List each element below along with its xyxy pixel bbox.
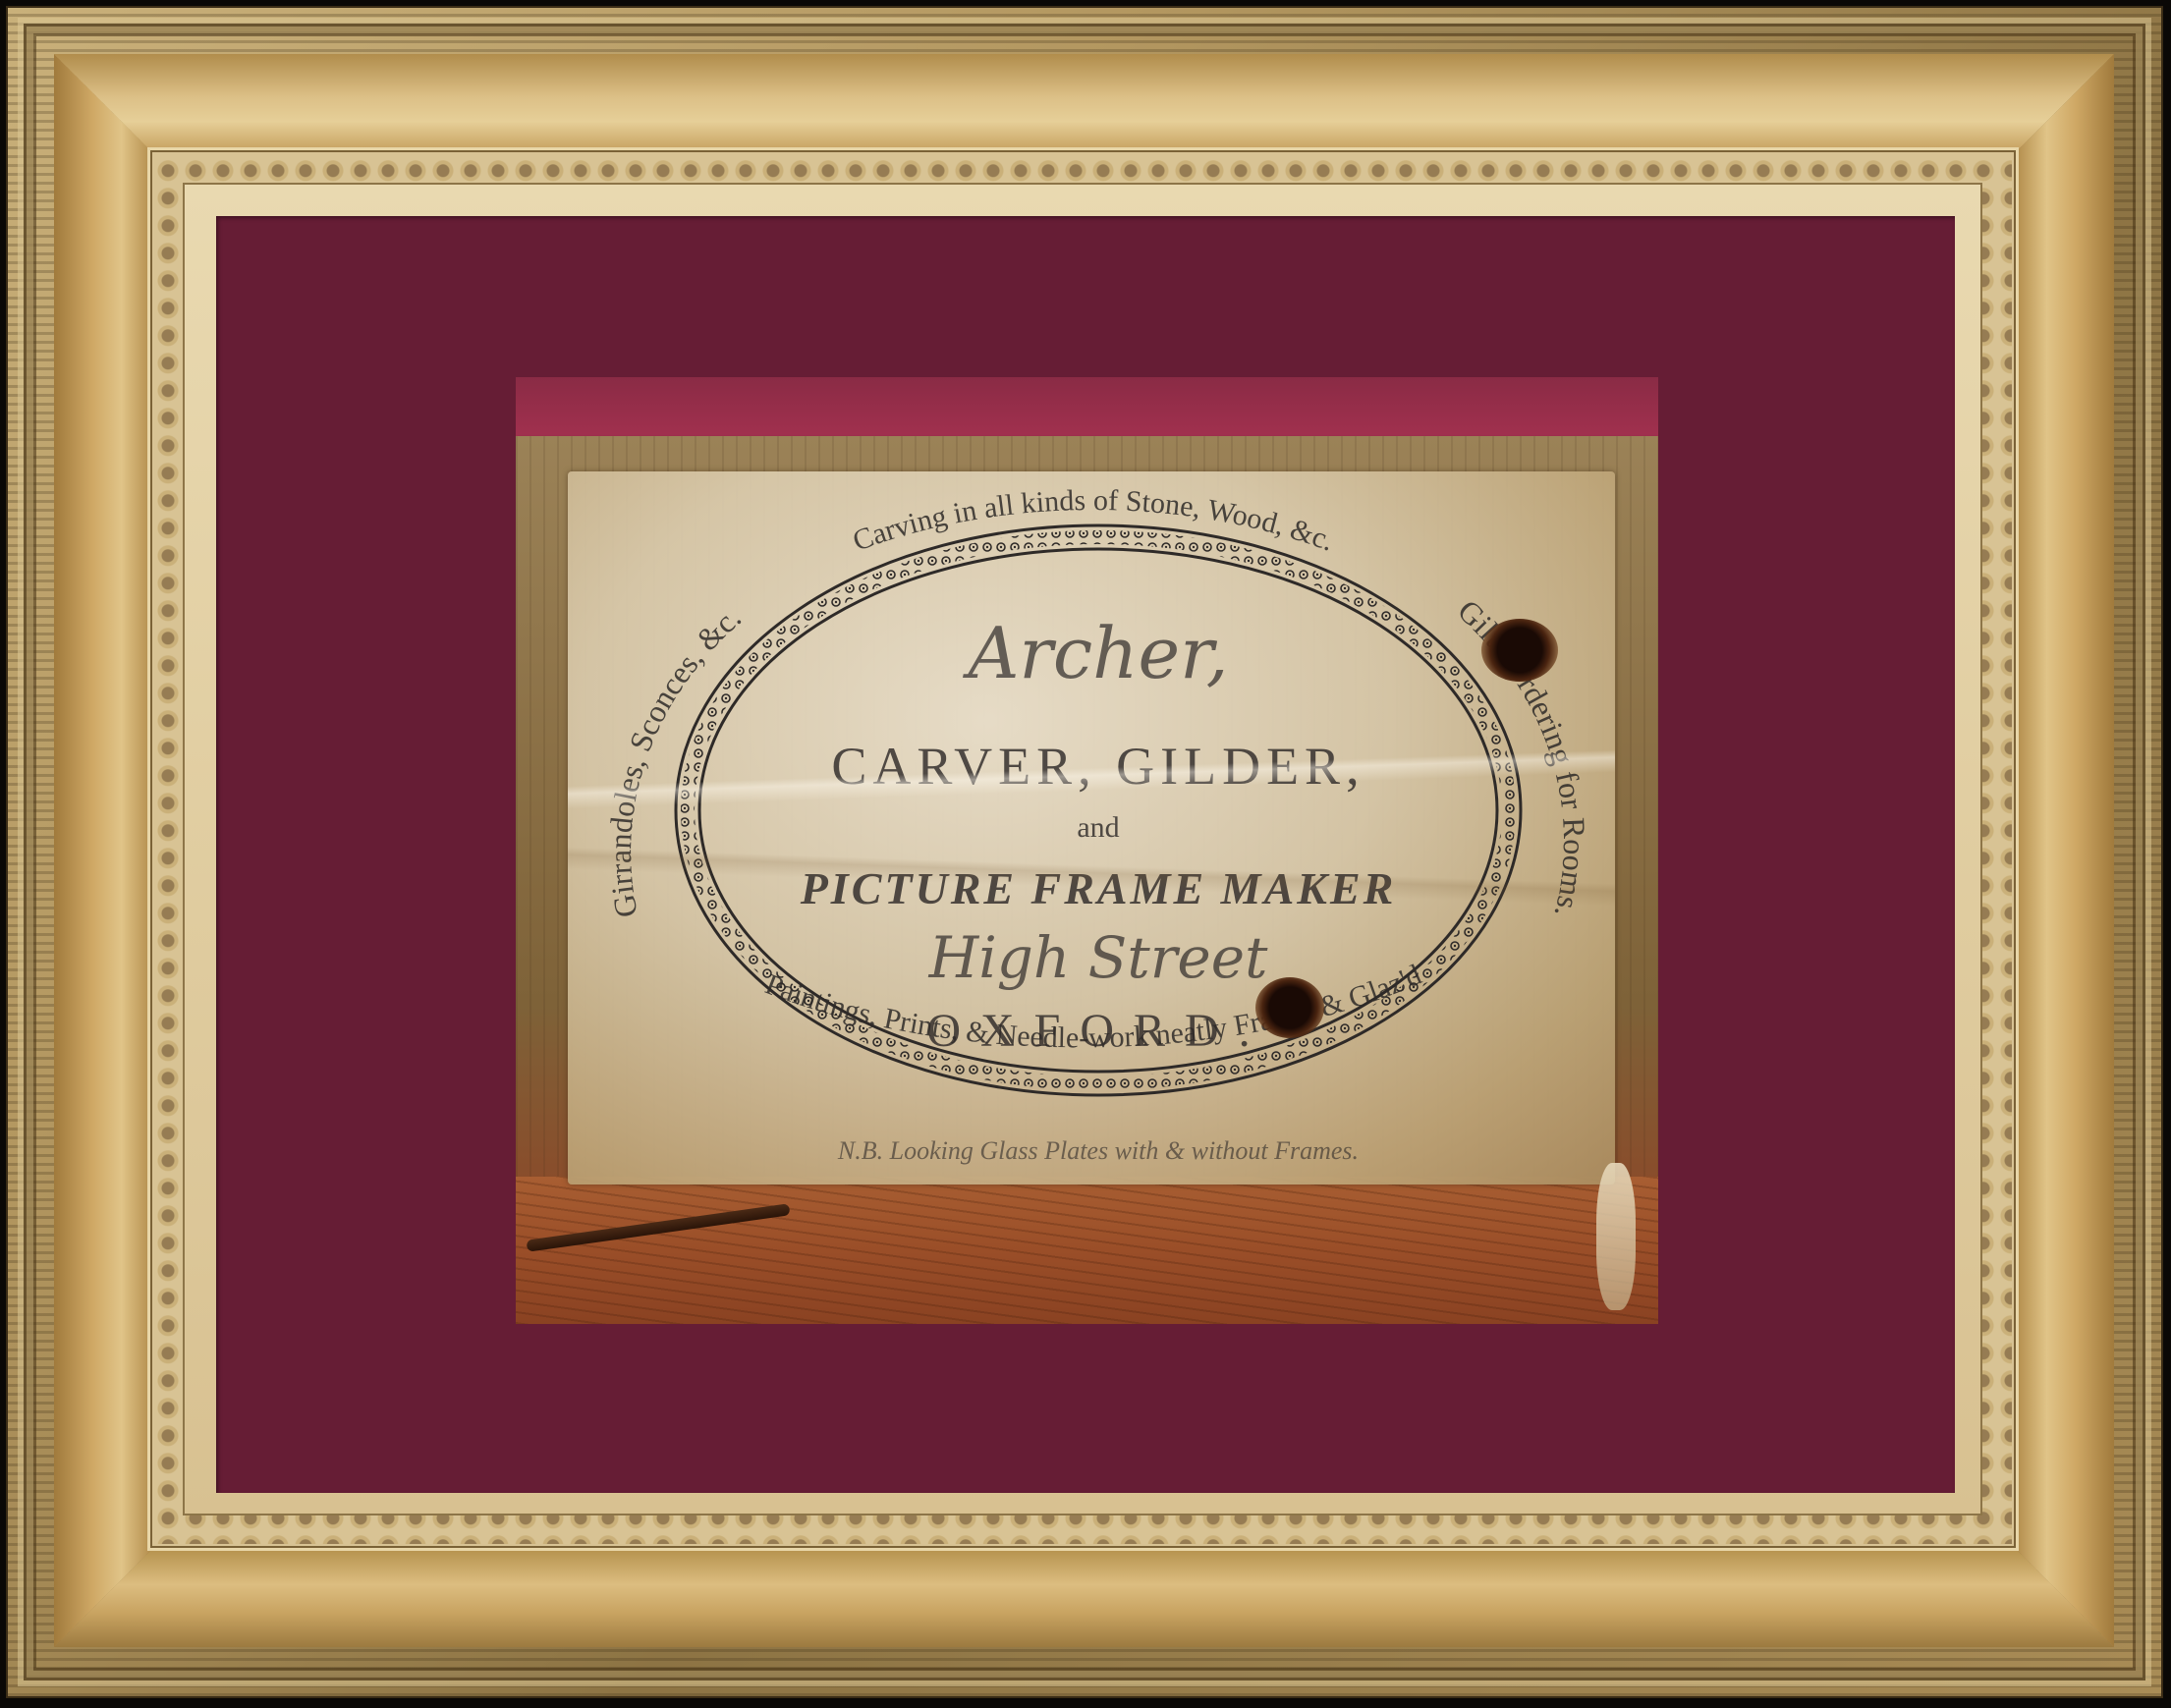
svg-text:Paintings, Prints, & Needle-wo: Paintings, Prints, & Needle-work neatly …	[761, 959, 1426, 1055]
frame-cove-left	[54, 54, 150, 1647]
footnote: N.B. Looking Glass Plates with & without…	[837, 1136, 1359, 1165]
arc-top-text: Carving in all kinds of Stone, Wood, &c.	[849, 484, 1339, 558]
paper-fragment	[1596, 1163, 1636, 1310]
oval-bead-ring	[688, 537, 1509, 1083]
arc-left-text: Girrandoles, Sconces, &c.	[602, 599, 748, 920]
svg-text:Gilt Bordering for Rooms.: Gilt Bordering for Rooms.	[1451, 592, 1592, 921]
label-photograph: Carving in all kinds of Stone, Wood, &c.…	[516, 377, 1658, 1324]
trade-label: Carving in all kinds of Stone, Wood, &c.…	[568, 471, 1615, 1185]
arc-bottom-text: Paintings, Prints, & Needle-work neatly …	[761, 959, 1426, 1055]
trade-line-1: CARVER, GILDER,	[831, 737, 1364, 796]
frame-cove-top	[54, 54, 2114, 150]
picture-frame: Carving in all kinds of Stone, Wood, &c.…	[0, 0, 2171, 1708]
city: OXFORD.	[926, 1005, 1269, 1057]
nail-hole-upper	[1481, 619, 1558, 682]
label-printing: Carving in all kinds of Stone, Wood, &c.…	[568, 471, 1615, 1185]
nail-hole-lower	[1255, 977, 1324, 1038]
oval-border-outer	[676, 525, 1521, 1095]
frame-cove-right	[2018, 54, 2114, 1647]
street: High Street	[928, 924, 1268, 991]
frame-cove-bottom	[54, 1551, 2114, 1647]
arc-right-text: Gilt Bordering for Rooms.	[1451, 592, 1592, 921]
trade-line-2: PICTURE FRAME MAKER	[800, 863, 1397, 913]
svg-text:Girrandoles, Sconces, &c.: Girrandoles, Sconces, &c.	[602, 599, 748, 920]
svg-text:Carving in all kinds of Stone,: Carving in all kinds of Stone, Wood, &c.	[849, 484, 1339, 558]
wood-rail	[516, 1177, 1658, 1324]
maker-name: Archer,	[962, 612, 1228, 694]
oval-border-inner	[699, 549, 1497, 1072]
conjunction: and	[1077, 811, 1119, 844]
